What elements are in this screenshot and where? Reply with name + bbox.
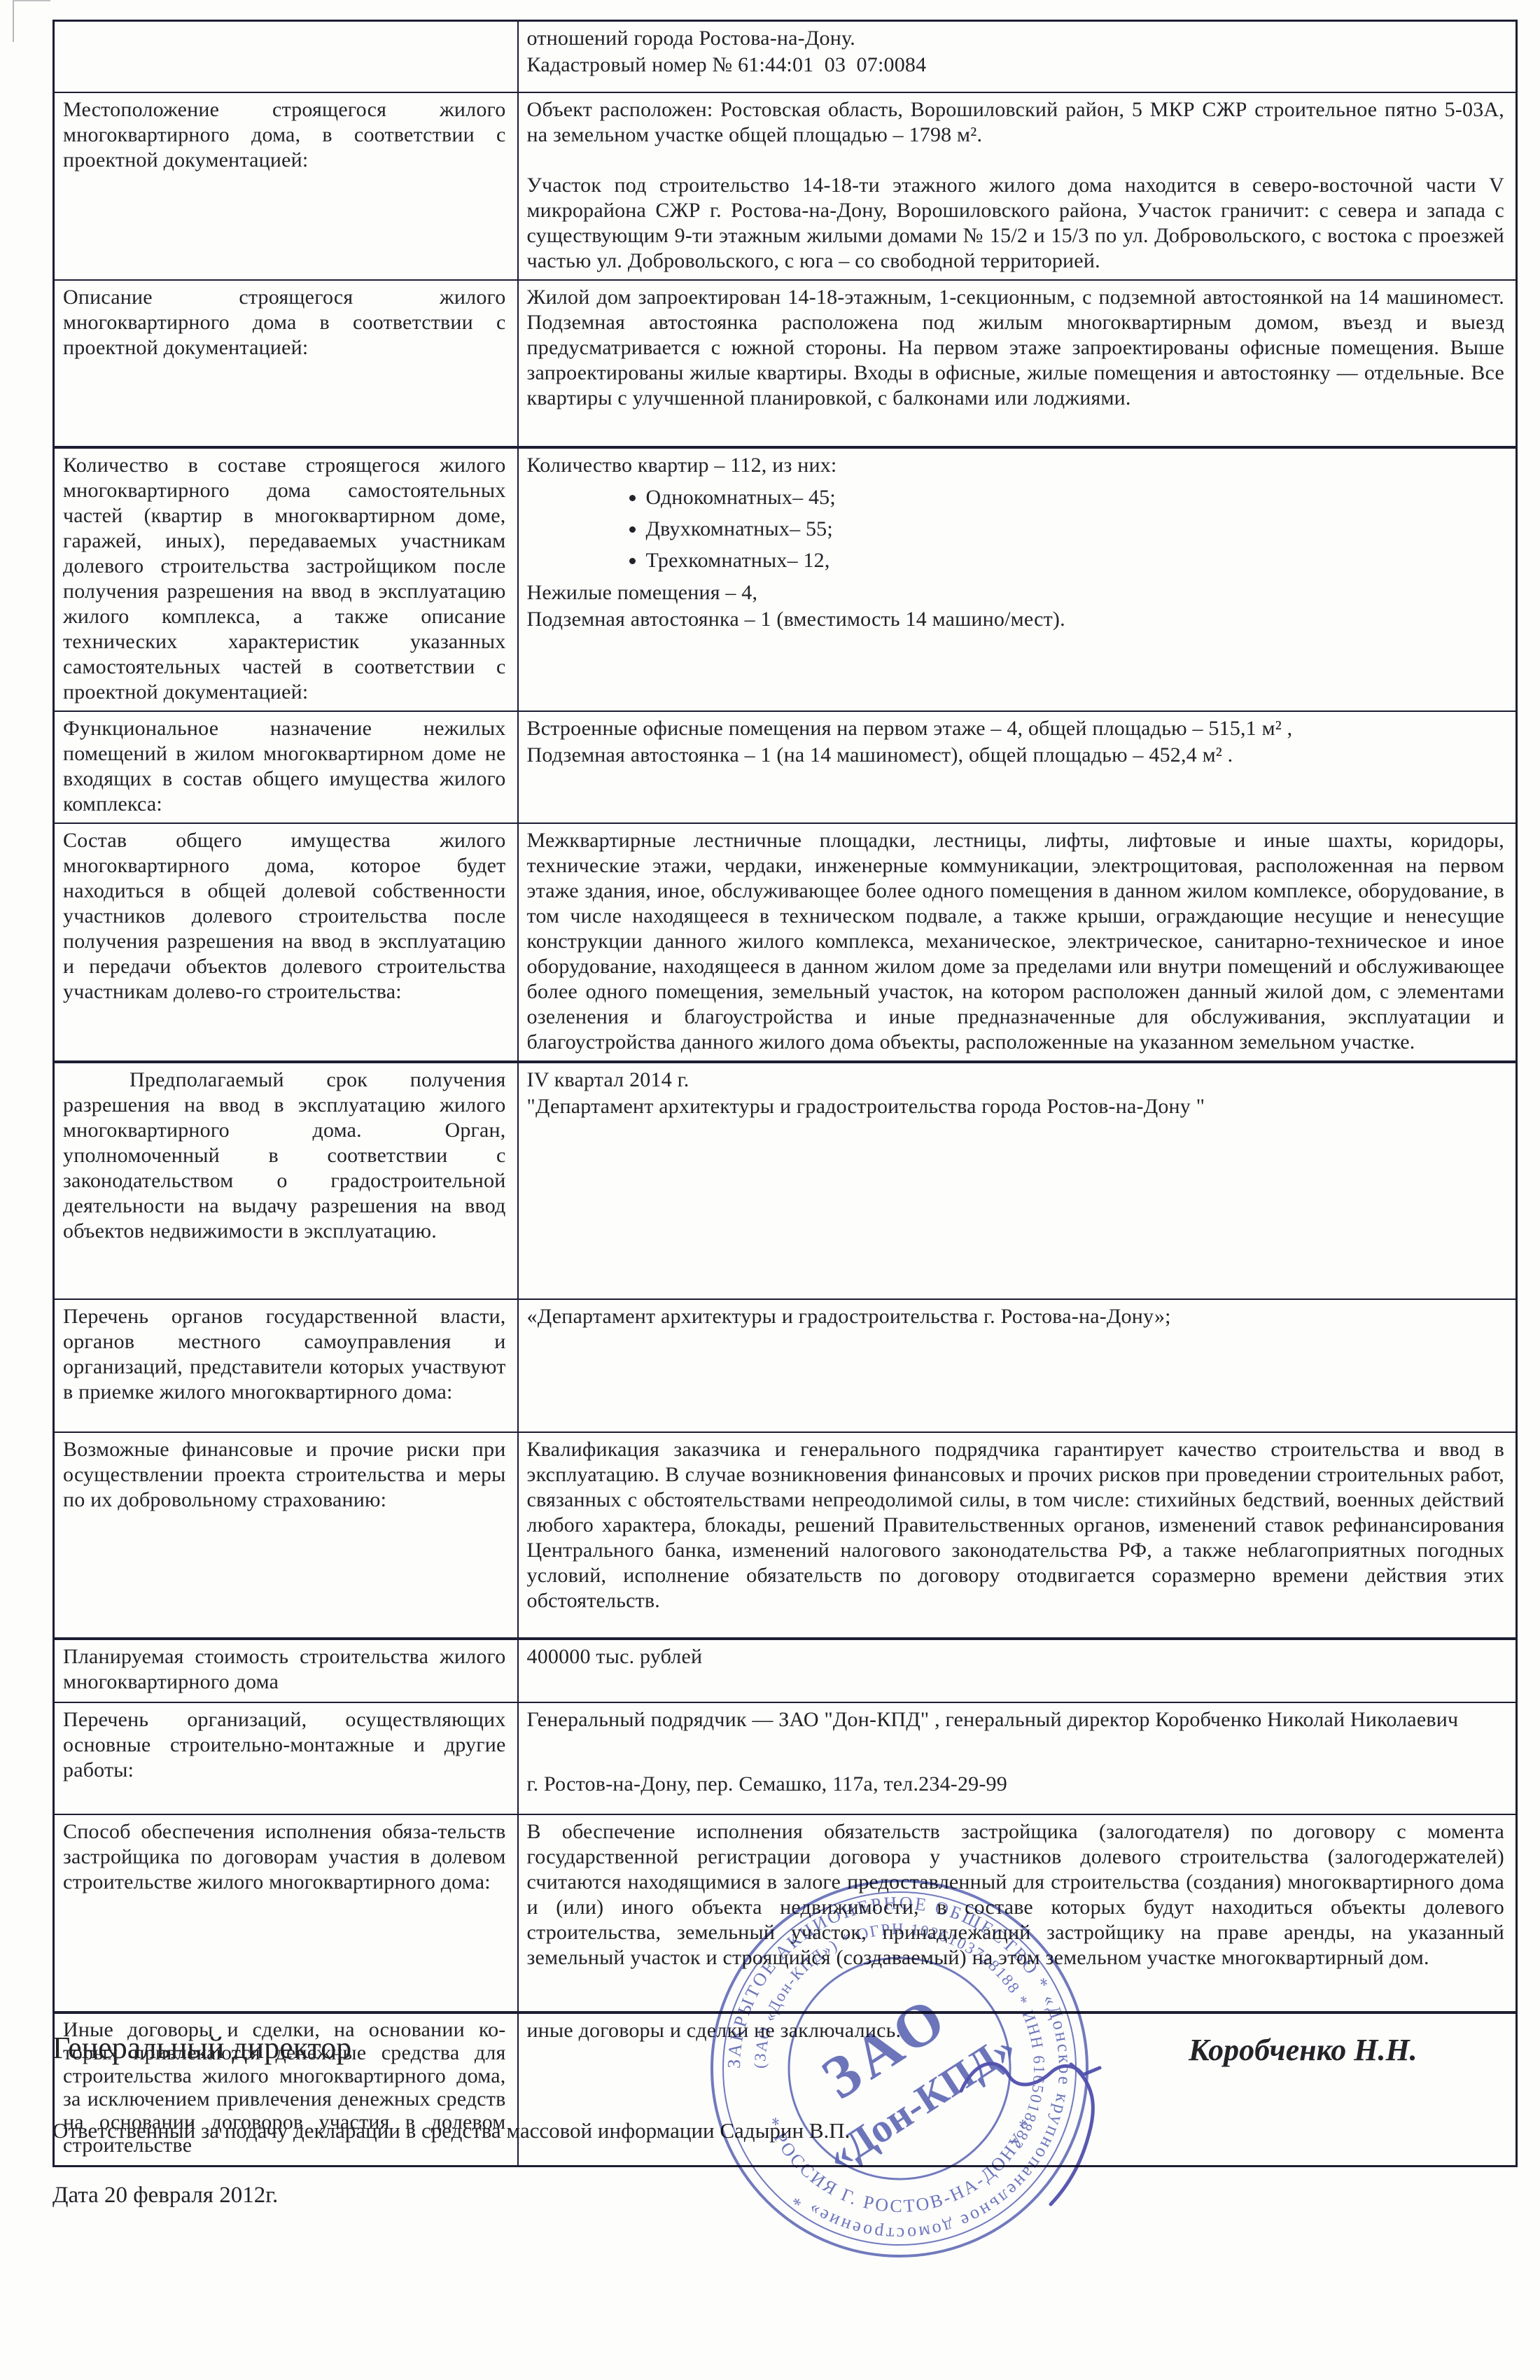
- value-cell: Встроенные офисные помещения на первом э…: [518, 711, 1517, 823]
- cell-paragraph: Состав общего имущества жилого многоквар…: [63, 828, 506, 1004]
- cell-paragraph: Объект расположен: Ростовская область, В…: [527, 97, 1505, 148]
- cell-paragraph: Описание строящегося жилого многоквартир…: [63, 285, 506, 360]
- value-cell: 400000 тыс. рублей: [518, 1639, 1517, 1702]
- value-cell: «Департамент архитектуры и градостроител…: [518, 1299, 1517, 1432]
- cell-paragraph: Способ обеспечения исполнения обяза-тель…: [63, 1819, 506, 1895]
- value-cell: отношений города Ростова-на-Дону. Кадаст…: [518, 21, 1517, 93]
- label-cell: Перечень организаций, осуществляющих осн…: [54, 1702, 518, 1814]
- cell-paragraph: Количество квартир – 112, из них:: [527, 453, 1505, 478]
- cell-paragraph: Участок под строительство 14-18-ти этажн…: [527, 173, 1505, 274]
- label-cell: Количество в составе строящегося жилого …: [54, 447, 518, 711]
- label-cell: Способ обеспечения исполнения обяза-тель…: [54, 1814, 518, 2012]
- row-nonresidential-purpose: Функциональное назначение нежилых помеще…: [54, 711, 1517, 823]
- label-cell: [54, 21, 518, 93]
- row-planned-cost: Планируемая стоимость строительства жило…: [54, 1639, 1517, 1702]
- row-contractors: Перечень организаций, осуществляющих осн…: [54, 1702, 1517, 1814]
- cell-paragraph: Подземная автостоянка – 1 (на 14 машином…: [527, 743, 1505, 768]
- value-cell: Жилой дом запроектирован 14-18-этажным, …: [518, 280, 1517, 447]
- value-cell: Межквартирные лестничные площадки, лестн…: [518, 823, 1517, 1062]
- cell-paragraph: Планируемая стоимость строительства жило…: [63, 1644, 506, 1695]
- project-declaration-table: отношений города Ростова-на-Дону. Кадаст…: [52, 20, 1518, 2167]
- cell-paragraph: Перечень органов государственной власти,…: [63, 1304, 506, 1405]
- cell-paragraph: Местоположение строящегося жилого многок…: [63, 97, 506, 173]
- cell-paragraph: «Департамент архитектуры и градостроител…: [527, 1304, 1505, 1329]
- cell-paragraph: Встроенные офисные помещения на первом э…: [527, 716, 1505, 741]
- cell-paragraph: отношений города Ростова-на-Дону.: [527, 26, 1505, 51]
- cell-paragraph: "Департамент архитектуры и градостроител…: [527, 1094, 1505, 1119]
- row-common-property: Состав общего имущества жилого многоквар…: [54, 823, 1517, 1062]
- row-units-count: Количество в составе строящегося жилого …: [54, 447, 1517, 711]
- row-acceptance-authorities: Перечень органов государственной власти,…: [54, 1299, 1517, 1432]
- list-item: Двухкомнатных– 55;: [646, 517, 1505, 542]
- row-continuation: отношений города Ростова-на-Дону. Кадаст…: [54, 21, 1517, 93]
- row-location: Местоположение строящегося жилого многок…: [54, 92, 1517, 280]
- value-cell: IV квартал 2014 г. "Департамент архитект…: [518, 1062, 1517, 1299]
- cell-paragraph: IV квартал 2014 г.: [527, 1067, 1505, 1093]
- label-cell: Состав общего имущества жилого многоквар…: [54, 823, 518, 1062]
- list-item: Однокомнатных– 45;: [646, 485, 1505, 510]
- label-cell: Планируемая стоимость строительства жило…: [54, 1639, 518, 1702]
- label-cell: Описание строящегося жилого многоквартир…: [54, 280, 518, 447]
- cell-paragraph: Межквартирные лестничные площадки, лестн…: [527, 828, 1505, 1055]
- label-cell: Перечень органов государственной власти,…: [54, 1299, 518, 1432]
- value-cell: Генеральный подрядчик — ЗАО "Дон-КПД" , …: [518, 1702, 1517, 1814]
- cell-paragraph: Жилой дом запроектирован 14-18-этажным, …: [527, 285, 1505, 411]
- value-cell: Квалификация заказчика и генерального по…: [518, 1432, 1517, 1639]
- date-line: Дата 20 февраля 2012г.: [52, 2183, 278, 2208]
- cadastral-number: Кадастровый номер № 61:44:01 03 07:0084: [527, 52, 1505, 78]
- cell-paragraph: Предполагаемый срок получения разрешения…: [63, 1067, 506, 1244]
- value-cell: Объект расположен: Ростовская область, В…: [518, 92, 1517, 280]
- cell-paragraph: Нежилые помещения – 4,: [527, 580, 1505, 605]
- label-cell: Предполагаемый срок получения разрешения…: [54, 1062, 518, 1299]
- cell-paragraph: Подземная автостоянка – 1 (вместимость 1…: [527, 607, 1505, 632]
- label-cell: Функциональное назначение нежилых помеще…: [54, 711, 518, 823]
- apartment-types-list: Однокомнатных– 45; Двухкомнатных– 55; Тр…: [617, 485, 1505, 573]
- scan-edge-artifact: [13, 0, 50, 42]
- cell-paragraph: Количество в составе строящегося жилого …: [63, 453, 506, 705]
- company-stamp: ЗАКРЫТОЕ АКЦИОНЕРНОЕ ОБЩЕСТВО * «Донское…: [689, 1858, 1109, 2278]
- value-cell: Количество квартир – 112, из них: Одноко…: [518, 447, 1517, 711]
- contractor-address: г. Ростов-на-Дону, пер. Семашко, 117а, т…: [527, 1772, 1505, 1797]
- director-signature-name: Коробченко Н.Н.: [1189, 2032, 1417, 2068]
- row-financial-risks: Возможные финансовые и прочие риски при …: [54, 1432, 1517, 1639]
- row-completion-term: Предполагаемый срок получения разрешения…: [54, 1062, 1517, 1299]
- list-item: Трехкомнатных– 12,: [646, 548, 1505, 573]
- cell-paragraph: 400000 тыс. рублей: [527, 1644, 1505, 1669]
- cell-paragraph: Функциональное назначение нежилых помеще…: [63, 716, 506, 817]
- row-description: Описание строящегося жилого многоквартир…: [54, 280, 1517, 447]
- cell-paragraph: Генеральный подрядчик — ЗАО "Дон-КПД" , …: [527, 1707, 1505, 1732]
- label-cell: Местоположение строящегося жилого многок…: [54, 92, 518, 280]
- cell-paragraph: Квалификация заказчика и генерального по…: [527, 1437, 1505, 1613]
- director-label: Генеральный директор: [52, 2030, 351, 2066]
- cell-paragraph: Перечень организаций, осуществляющих осн…: [63, 1707, 506, 1783]
- cell-paragraph: Возможные финансовые и прочие риски при …: [63, 1437, 506, 1513]
- label-cell: Возможные финансовые и прочие риски при …: [54, 1432, 518, 1639]
